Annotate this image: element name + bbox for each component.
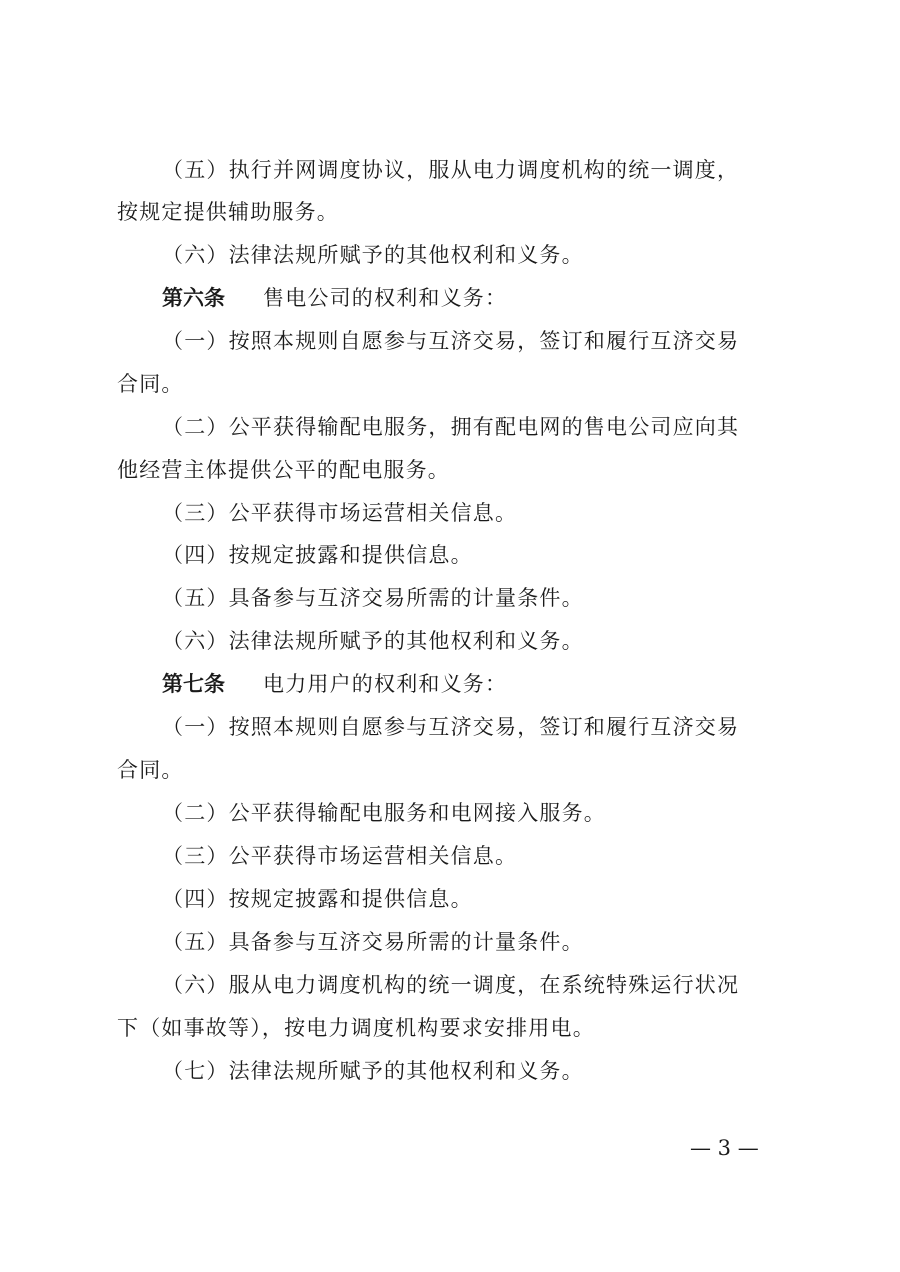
list-item-continuation: 他经营主体提供公平的配电服务。 [117, 455, 787, 485]
list-item: （五）具备参与互济交易所需的计量条件。 [162, 583, 832, 613]
paragraph-line: （六）法律法规所赋予的其他权利和义务。 [162, 240, 832, 270]
list-item-continuation: 合同。 [117, 369, 787, 399]
page-number: — 3 — [690, 1133, 759, 1163]
paragraph-line: 按规定提供辅助服务。 [117, 197, 787, 227]
article-7-title: 电力用户的权利和义务： [263, 672, 507, 696]
article-6-title: 售电公司的权利和义务： [263, 286, 507, 310]
list-item-continuation: 下（如事故等），按电力调度机构要求安排用电。 [117, 1013, 787, 1043]
list-item: （五）具备参与互济交易所需的计量条件。 [162, 927, 832, 957]
list-item: （六）法律法规所赋予的其他权利和义务。 [162, 626, 832, 656]
list-item: （一）按照本规则自愿参与互济交易，签订和履行互济交易 [162, 326, 832, 356]
article-7-heading-line: 第七条电力用户的权利和义务： [162, 669, 832, 699]
list-item: （二）公平获得输配电服务和电网接入服务。 [162, 798, 832, 828]
article-7-number: 第七条 [162, 672, 225, 696]
list-item: （六）服从电力调度机构的统一调度，在系统特殊运行状况 [162, 970, 832, 1000]
list-item-continuation: 合同。 [117, 755, 787, 785]
list-item: （四）按规定披露和提供信息。 [162, 884, 832, 914]
article-6-number: 第六条 [162, 286, 225, 310]
paragraph-line: （五）执行并网调度协议，服从电力调度机构的统一调度， [162, 155, 832, 185]
article-6-heading-line: 第六条售电公司的权利和义务： [162, 283, 832, 313]
list-item: （三）公平获得市场运营相关信息。 [162, 841, 832, 871]
list-item: （七）法律法规所赋予的其他权利和义务。 [162, 1056, 832, 1086]
list-item: （二）公平获得输配电服务，拥有配电网的售电公司应向其 [162, 412, 832, 442]
list-item: （三）公平获得市场运营相关信息。 [162, 498, 832, 528]
list-item: （一）按照本规则自愿参与互济交易，签订和履行互济交易 [162, 712, 832, 742]
document-page: （五）执行并网调度协议，服从电力调度机构的统一调度， 按规定提供辅助服务。 （六… [0, 0, 900, 1272]
list-item: （四）按规定披露和提供信息。 [162, 540, 832, 570]
